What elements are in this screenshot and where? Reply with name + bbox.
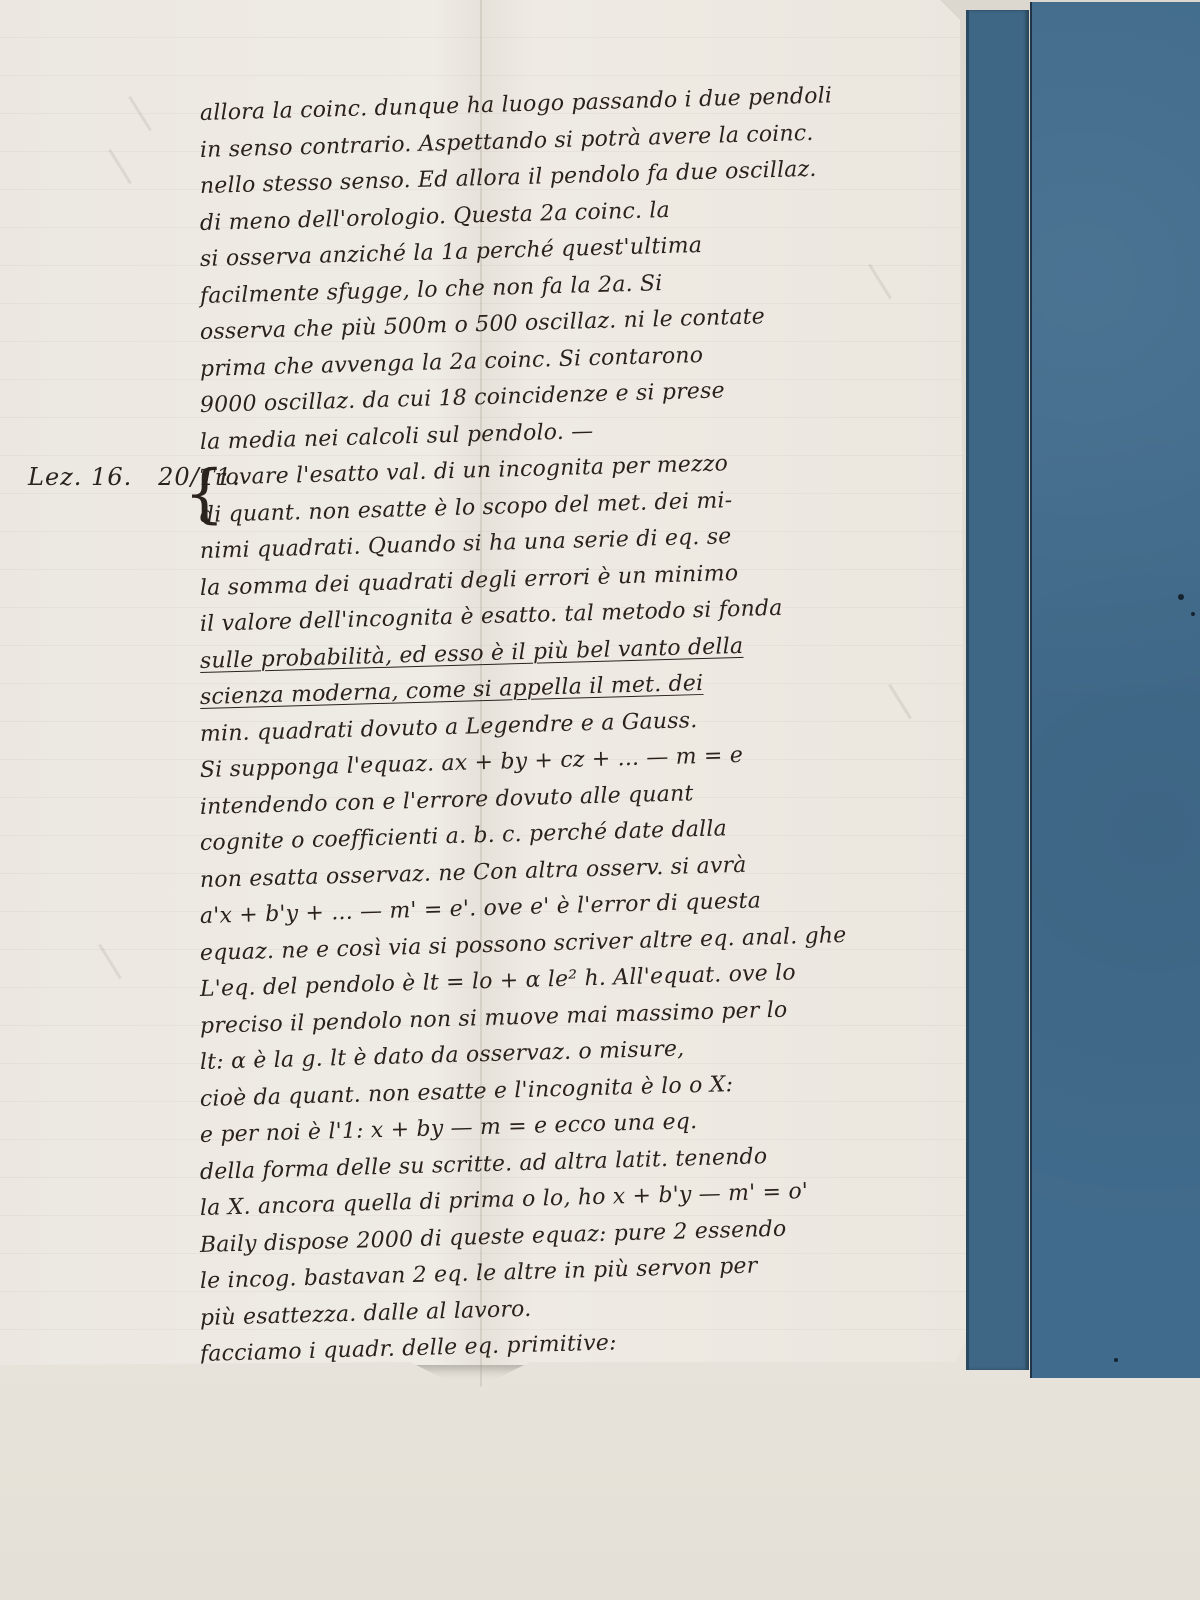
ink-spot — [1178, 594, 1184, 600]
book-cover-board — [1030, 2, 1200, 1378]
book-cover-spine — [966, 10, 1029, 1370]
lesson-label: Lez. 16. — [28, 463, 132, 491]
manuscript-page: Lez. 16. 20/11. { allora la coinc. dunqu… — [0, 0, 968, 1365]
ink-spot — [1114, 1358, 1118, 1362]
ink-spot — [1191, 612, 1195, 616]
manuscript-text: allora la coinc. dunque ha luogo passand… — [200, 96, 940, 1374]
